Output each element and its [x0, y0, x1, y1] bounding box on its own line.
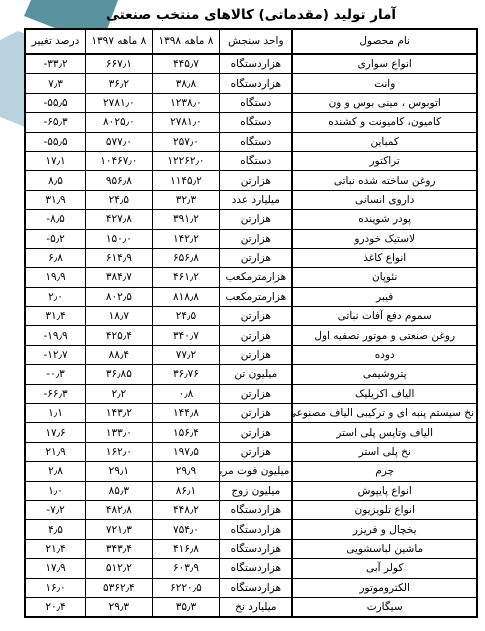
percent-change-cell: ۱٫۰ [25, 481, 86, 500]
product-name-cell: وانت [292, 74, 477, 93]
unit-cell: هزارتن [220, 307, 293, 326]
table-row: نخ سیستم پنبه ای و ترکیبی الیاف مصنوعیهز… [25, 404, 477, 423]
value-1397-cell: ۱۵۰٫۰ [86, 229, 153, 248]
percent-change-cell: -۱۲٫۷ [25, 345, 86, 364]
percent-change-cell: -۵۵٫۵ [25, 132, 86, 151]
unit-cell: دستگاه [220, 132, 293, 151]
value-1397-cell: ۸۰۲۵٫۰ [86, 113, 153, 132]
value-1397-cell: ۱۴۳٫۲ [86, 404, 153, 423]
percent-change-cell: -۱۹٫۹ [25, 326, 86, 345]
unit-cell: دستگاه [220, 113, 293, 132]
unit-cell: هزارتن [220, 210, 293, 229]
product-name-cell: لاستیک خودرو [292, 229, 477, 248]
value-1398-cell: ۸۱۸٫۸ [152, 287, 220, 306]
percent-change-cell: ۷٫۳ [25, 74, 86, 93]
percent-change-cell: -۳۳٫۲ [25, 54, 86, 74]
table-row: سموم دفع آفات نباتیهزارتن۲۴٫۵۱۸٫۷۳۱٫۴ [25, 307, 477, 326]
table-row: سیگارتمیلیارد نخ۳۵٫۳۲۹٫۳۲۰٫۴ [25, 597, 477, 617]
unit-cell: هزارتن [220, 248, 293, 267]
table-row: الکتروموتورهزاردستگاه۶۲۲۰٫۵۵۳۶۲٫۴۱۶٫۰ [25, 578, 477, 597]
value-1398-cell: ۱۵۶٫۴ [152, 423, 220, 442]
product-name-cell: انواع تلویزیون [292, 500, 477, 519]
value-1397-cell: ۵۷۷٫۰ [86, 132, 153, 151]
unit-cell: هزاردستگاه [220, 578, 293, 597]
value-1398-cell: ۳۹۱٫۲ [152, 210, 220, 229]
percent-change-cell: ۲۰٫۴ [25, 597, 86, 617]
table-row: انواع کاغذهزارتن۶۵۶٫۸۶۱۴٫۹۶٫۸ [25, 248, 477, 267]
unit-cell: هزارتن [220, 442, 293, 461]
header-percent-change: درصد تغییر [25, 29, 86, 54]
value-1397-cell: ۸۰۲٫۵ [86, 287, 153, 306]
product-name-cell: چرم [292, 462, 477, 481]
percent-change-cell: -۶۵٫۳ [25, 113, 86, 132]
table-row: انواع پایپوشمیلیون زوج۸۶٫۱۸۵٫۳۱٫۰ [25, 481, 477, 500]
table-row: ماشین لباسشوییهزاردستگاه۴۱۶٫۸۳۴۳٫۴۲۱٫۴ [25, 539, 477, 558]
table-row: پتروشیمیمیلیون تن۳۶٫۷۶۳۶٫۸۵-۰٫۳ [25, 365, 477, 384]
percent-change-cell: ۱۷٫۱ [25, 151, 86, 170]
value-1398-cell: ۳۲٫۳ [152, 190, 220, 209]
unit-cell: میلیون تن [220, 365, 293, 384]
page-header: آمار تولید (مقدماتی) کالاهای منتخب صنعتی [24, 4, 478, 23]
header-8months-1397: ۸ ماهه ۱۳۹۷ [86, 29, 153, 54]
percent-change-cell: ۲٫۸ [25, 462, 86, 481]
value-1397-cell: ۳۸۴٫۷ [86, 268, 153, 287]
table-row: روغن صنعتی و موتور تصفیه اولهزارتن۳۴۰٫۷۴… [25, 326, 477, 345]
percent-change-cell: -۷٫۲ [25, 500, 86, 519]
value-1397-cell: ۴۲۷٫۸ [86, 210, 153, 229]
product-name-cell: اتوبوس ، مینی بوس و ون [292, 93, 477, 112]
unit-cell: هزاردستگاه [220, 559, 293, 578]
value-1398-cell: ۶۲۲۰٫۵ [152, 578, 220, 597]
value-1397-cell: ۷۲۱٫۳ [86, 520, 153, 539]
percent-change-cell: -۸٫۵ [25, 210, 86, 229]
value-1398-cell: ۲۹٫۹ [152, 462, 220, 481]
table-row: پودر شویندههزارتن۳۹۱٫۲۴۲۷٫۸-۸٫۵ [25, 210, 477, 229]
unit-cell: میلیارد نخ [220, 597, 293, 617]
value-1398-cell: ۱۲۲۶۲٫۰ [152, 151, 220, 170]
value-1398-cell: ۳۵٫۳ [152, 597, 220, 617]
unit-cell: هزاردستگاه [220, 520, 293, 539]
product-name-cell: یخچال و فریزر [292, 520, 477, 539]
unit-cell: هزارتن [220, 384, 293, 403]
page-title: آمار تولید (مقدماتی) کالاهای منتخب صنعتی [106, 7, 396, 23]
value-1398-cell: ۷۷٫۲ [152, 345, 220, 364]
percent-change-cell: ۲٫۰ [25, 287, 86, 306]
table-row: روغن ساخته شده نباتیهزارتن۱۱۴۵٫۲۹۵۶٫۸۸٫۵ [25, 171, 477, 190]
value-1397-cell: ۹۵۶٫۸ [86, 171, 153, 190]
value-1397-cell: ۱۶۲٫۰ [86, 442, 153, 461]
table-row: اتوبوس ، مینی بوس و وندستگاه۱۲۳۸٫۰۲۷۸۱٫۰… [25, 93, 477, 112]
table-row: کمبایندستگاه۲۵۷٫۰۵۷۷٫۰-۵۵٫۵ [25, 132, 477, 151]
unit-cell: هزاردستگاه [220, 539, 293, 558]
product-name-cell: سموم دفع آفات نباتی [292, 307, 477, 326]
table-row: فیبرهزارمترمکعب۸۱۸٫۸۸۰۲٫۵۲٫۰ [25, 287, 477, 306]
product-name-cell: الیاف وتاپس پلی استر [292, 423, 477, 442]
value-1397-cell: ۶۶۷٫۱ [86, 54, 153, 74]
product-name-cell: الیاف اکریلیک [292, 384, 477, 403]
value-1398-cell: ۰٫۸ [152, 384, 220, 403]
product-name-cell: روغن ساخته شده نباتی [292, 171, 477, 190]
percent-change-cell: ۲۱٫۹ [25, 442, 86, 461]
percent-change-cell: -۶۶٫۳ [25, 384, 86, 403]
percent-change-cell: ۸٫۵ [25, 171, 86, 190]
table-row: وانتهزاردستگاه۳۸٫۸۳۶٫۲۷٫۳ [25, 74, 477, 93]
value-1397-cell: ۳۶٫۸۵ [86, 365, 153, 384]
value-1398-cell: ۴۶۱٫۲ [152, 268, 220, 287]
product-name-cell: نخ پلی استر [292, 442, 477, 461]
table-header: نام محصول واحد سنجش ۸ ماهه ۱۳۹۸ ۸ ماهه ۱… [25, 29, 477, 54]
value-1397-cell: ۱۰۴۶۷٫۰ [86, 151, 153, 170]
value-1398-cell: ۲۴٫۵ [152, 307, 220, 326]
value-1398-cell: ۱۹۷٫۵ [152, 442, 220, 461]
product-name-cell: انواع سواری [292, 54, 477, 74]
product-name-cell: دوده [292, 345, 477, 364]
value-1398-cell: ۸۶٫۱ [152, 481, 220, 500]
value-1398-cell: ۴۴۵٫۷ [152, 54, 220, 74]
value-1398-cell: ۳۴۰٫۷ [152, 326, 220, 345]
value-1398-cell: ۱۴۴٫۸ [152, 404, 220, 423]
value-1398-cell: ۶۰۳٫۹ [152, 559, 220, 578]
percent-change-cell: ۱۶٫۰ [25, 578, 86, 597]
product-name-cell: فیبر [292, 287, 477, 306]
product-name-cell: سیگارت [292, 597, 477, 617]
table-row: نخ پلی استرهزارتن۱۹۷٫۵۱۶۲٫۰۲۱٫۹ [25, 442, 477, 461]
unit-cell: هزارمترمکعب [220, 287, 293, 306]
value-1397-cell: ۱۸٫۷ [86, 307, 153, 326]
percent-change-cell: -۵٫۲ [25, 229, 86, 248]
product-name-cell: نخ سیستم پنبه ای و ترکیبی الیاف مصنوعی [292, 404, 477, 423]
value-1398-cell: ۳۸٫۸ [152, 74, 220, 93]
percent-change-cell: ۴٫۵ [25, 520, 86, 539]
product-name-cell: ماشین لباسشویی [292, 539, 477, 558]
unit-cell: هزارتن [220, 326, 293, 345]
unit-cell: هزارتن [220, 229, 293, 248]
value-1397-cell: ۶۱۴٫۹ [86, 248, 153, 267]
value-1397-cell: ۴۸۲٫۸ [86, 500, 153, 519]
product-name-cell: پودر شوینده [292, 210, 477, 229]
unit-cell: دستگاه [220, 151, 293, 170]
unit-cell: هزاردستگاه [220, 500, 293, 519]
value-1397-cell: ۳۴۳٫۴ [86, 539, 153, 558]
table-row: دودههزارتن۷۷٫۲۸۸٫۴-۱۲٫۷ [25, 345, 477, 364]
percent-change-cell: ۲۱٫۴ [25, 539, 86, 558]
table-row: الیاف اکریلیکهزارتن۰٫۸۲٫۲-۶۶٫۳ [25, 384, 477, 403]
product-name-cell: پتروشیمی [292, 365, 477, 384]
unit-cell: هزارتن [220, 345, 293, 364]
table-row: لاستیک خودروهزارتن۱۴۲٫۲۱۵۰٫۰-۵٫۲ [25, 229, 477, 248]
table-row: کامیون، کامیونت و کشندهدستگاه۲۷۸۱٫۰۸۰۲۵٫… [25, 113, 477, 132]
percent-change-cell: -۵۵٫۵ [25, 93, 86, 112]
unit-cell: میلیارد عدد [220, 190, 293, 209]
production-statistics-table: نام محصول واحد سنجش ۸ ماهه ۱۳۹۸ ۸ ماهه ۱… [24, 28, 478, 618]
value-1398-cell: ۴۴۸٫۲ [152, 500, 220, 519]
header-unit: واحد سنجش [220, 29, 293, 54]
table-row: داروی انسانیمیلیارد عدد۳۲٫۳۲۴٫۵۳۱٫۹ [25, 190, 477, 209]
value-1398-cell: ۲۵۷٫۰ [152, 132, 220, 151]
value-1397-cell: ۳۶٫۲ [86, 74, 153, 93]
value-1398-cell: ۱۴۲٫۲ [152, 229, 220, 248]
value-1397-cell: ۵۱۲٫۲ [86, 559, 153, 578]
value-1398-cell: ۲۷۸۱٫۰ [152, 113, 220, 132]
value-1397-cell: ۲۹٫۱ [86, 462, 153, 481]
table-body: انواع سواریهزاردستگاه۴۴۵٫۷۶۶۷٫۱-۳۳٫۲وانت… [25, 54, 477, 617]
percent-change-cell: ۱٫۱ [25, 404, 86, 423]
percent-change-cell: ۱۹٫۹ [25, 268, 86, 287]
value-1398-cell: ۷۵۴٫۰ [152, 520, 220, 539]
product-name-cell: نئوپان [292, 268, 477, 287]
table-row: انواع تلویزیونهزاردستگاه۴۴۸٫۲۴۸۲٫۸-۷٫۲ [25, 500, 477, 519]
value-1397-cell: ۵۳۶۲٫۴ [86, 578, 153, 597]
value-1398-cell: ۴۱۶٫۸ [152, 539, 220, 558]
value-1397-cell: ۴۲۵٫۴ [86, 326, 153, 345]
product-name-cell: الکتروموتور [292, 578, 477, 597]
table-header-row: نام محصول واحد سنجش ۸ ماهه ۱۳۹۸ ۸ ماهه ۱… [25, 29, 477, 54]
value-1397-cell: ۲۴٫۵ [86, 190, 153, 209]
unit-cell: هزارتن [220, 404, 293, 423]
table-row: یخچال و فریزرهزاردستگاه۷۵۴٫۰۷۲۱٫۳۴٫۵ [25, 520, 477, 539]
table-row: چرممیلیون فوت مربع۲۹٫۹۲۹٫۱۲٫۸ [25, 462, 477, 481]
value-1397-cell: ۲۹٫۳ [86, 597, 153, 617]
value-1398-cell: ۱۱۴۵٫۲ [152, 171, 220, 190]
percent-change-cell: ۳۱٫۹ [25, 190, 86, 209]
value-1398-cell: ۱۲۳۸٫۰ [152, 93, 220, 112]
product-name-cell: انواع پایپوش [292, 481, 477, 500]
table-row: تراکتوردستگاه۱۲۲۶۲٫۰۱۰۴۶۷٫۰۱۷٫۱ [25, 151, 477, 170]
value-1397-cell: ۱۳۳٫۰ [86, 423, 153, 442]
percent-change-cell: ۱۷٫۹ [25, 559, 86, 578]
value-1397-cell: ۲٫۲ [86, 384, 153, 403]
table-row: الیاف وتاپس پلی استرهزارتن۱۵۶٫۴۱۳۳٫۰۱۷٫۶ [25, 423, 477, 442]
value-1397-cell: ۲۷۸۱٫۰ [86, 93, 153, 112]
percent-change-cell: ۶٫۸ [25, 248, 86, 267]
unit-cell: میلیون زوج [220, 481, 293, 500]
product-name-cell: انواع کاغذ [292, 248, 477, 267]
unit-cell: هزارمترمکعب [220, 268, 293, 287]
percent-change-cell: -۰٫۳ [25, 365, 86, 384]
value-1397-cell: ۸۵٫۳ [86, 481, 153, 500]
unit-cell: هزاردستگاه [220, 74, 293, 93]
table-row: انواع سواریهزاردستگاه۴۴۵٫۷۶۶۷٫۱-۳۳٫۲ [25, 54, 477, 74]
unit-cell: هزارتن [220, 171, 293, 190]
percent-change-cell: ۳۱٫۴ [25, 307, 86, 326]
table-row: کولر آبیهزاردستگاه۶۰۳٫۹۵۱۲٫۲۱۷٫۹ [25, 559, 477, 578]
header-product-name: نام محصول [292, 29, 477, 54]
product-name-cell: کامیون، کامیونت و کشنده [292, 113, 477, 132]
product-name-cell: روغن صنعتی و موتور تصفیه اول [292, 326, 477, 345]
value-1398-cell: ۶۵۶٫۸ [152, 248, 220, 267]
product-name-cell: داروی انسانی [292, 190, 477, 209]
product-name-cell: کمباین [292, 132, 477, 151]
product-name-cell: تراکتور [292, 151, 477, 170]
value-1397-cell: ۸۸٫۴ [86, 345, 153, 364]
table-row: نئوپانهزارمترمکعب۴۶۱٫۲۳۸۴٫۷۱۹٫۹ [25, 268, 477, 287]
unit-cell: میلیون فوت مربع [220, 462, 293, 481]
percent-change-cell: ۱۷٫۶ [25, 423, 86, 442]
unit-cell: هزاردستگاه [220, 54, 293, 74]
value-1398-cell: ۳۶٫۷۶ [152, 365, 220, 384]
unit-cell: دستگاه [220, 93, 293, 112]
header-8months-1398: ۸ ماهه ۱۳۹۸ [152, 29, 220, 54]
unit-cell: هزارتن [220, 423, 293, 442]
product-name-cell: کولر آبی [292, 559, 477, 578]
